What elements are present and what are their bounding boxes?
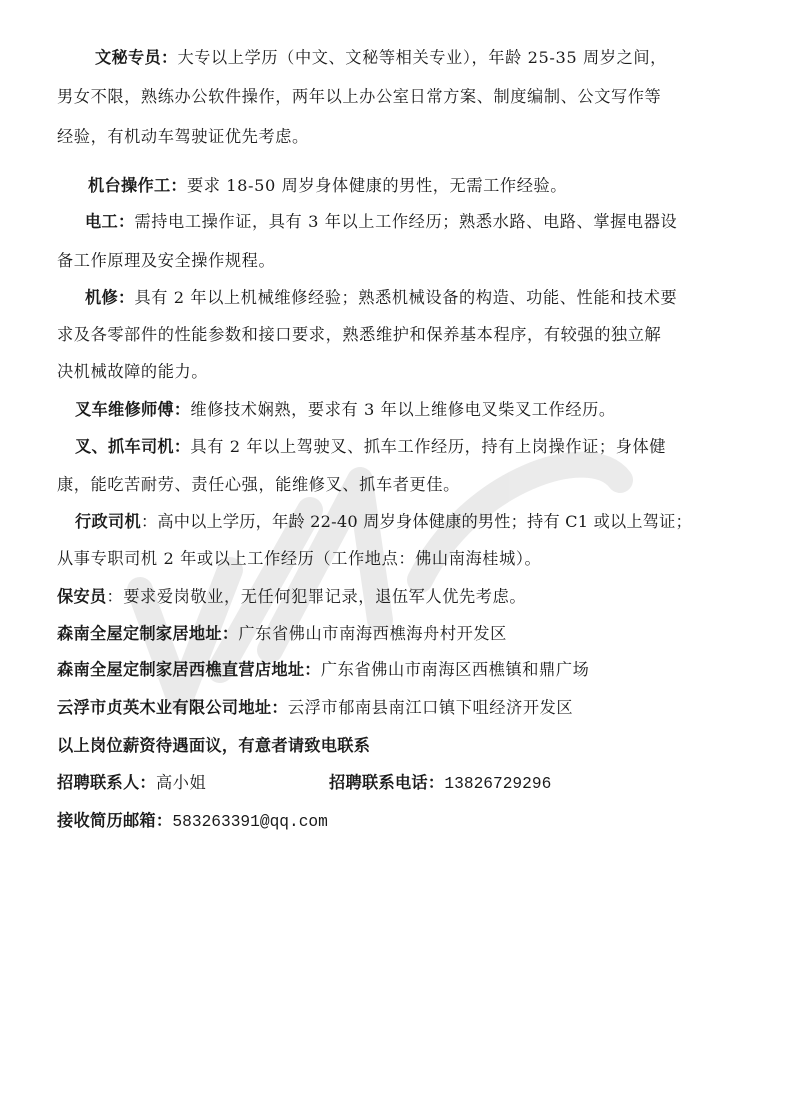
position-secretary: 文秘专员：大专以上学历（中文、文秘等相关专业），年龄 25-35 周岁之间， — [95, 47, 667, 69]
position-desc-line: 求及各零部件的性能参数和接口要求，熟悉维护和保养基本程序，有较强的独立解 — [57, 324, 661, 346]
position-title: 叉、抓车司机： — [75, 437, 190, 456]
contact-email: 接收简历邮箱：583263391@qq.com — [57, 810, 328, 833]
position-title: 机修： — [85, 288, 134, 307]
document-page: 文秘专员：大专以上学历（中文、文秘等相关专业），年龄 25-35 周岁之间， 男… — [0, 0, 790, 1118]
position-desc: 具有 2 年以上机械维修经验；熟悉机械设备的构造、功能、性能和技术要 — [134, 288, 677, 307]
position-title: 保安员 — [57, 587, 106, 606]
position-desc: 需持电工操作证，具有 3 年以上工作经历；熟悉水路、电路、掌握电器设 — [134, 212, 677, 231]
address-senan-factory: 森南全屋定制家居地址：广东省佛山市南海西樵海舟村开发区 — [57, 623, 507, 645]
contact-email-value: 583263391@qq.com — [172, 813, 327, 831]
address-value: 广东省佛山市南海区西樵镇和鼎广场 — [321, 660, 590, 679]
contact-phone-label: 招聘联系电话： — [329, 773, 444, 792]
address-value: 云浮市郁南县南江口镇下咀经济开发区 — [288, 698, 573, 717]
contact-person-label: 招聘联系人： — [57, 773, 156, 792]
position-machine-operator: 机台操作工：要求 18-50 周岁身体健康的男性，无需工作经验。 — [88, 175, 567, 197]
position-title: 行政司机 — [75, 512, 141, 531]
contact-phone-value: 13826729296 — [444, 775, 551, 793]
position-mechanic: 机修：具有 2 年以上机械维修经验；熟悉机械设备的构造、功能、性能和技术要 — [85, 287, 677, 309]
position-desc-line: 从事专职司机 2 年或以上工作经历（工作地点：佛山南海桂城）。 — [57, 548, 541, 570]
position-title: 机台操作工： — [88, 176, 187, 195]
address-label: 森南全屋定制家居西樵直营店地址： — [57, 660, 321, 679]
contact-person-value: 高小姐 — [156, 773, 206, 792]
contact-phone: 招聘联系电话：13826729296 — [329, 772, 551, 795]
contact-person: 招聘联系人：高小姐 — [57, 772, 206, 794]
position-desc: 要求 18-50 周岁身体健康的男性，无需工作经验。 — [187, 176, 567, 195]
address-value: 广东省佛山市南海西樵海舟村开发区 — [238, 624, 507, 643]
position-title: 电工： — [85, 212, 134, 231]
position-desc-line: 备工作原理及安全操作规程。 — [57, 250, 275, 272]
contact-email-label: 接收简历邮箱： — [57, 811, 172, 830]
position-desc-line: 康，能吃苦耐劳、责任心强，能维修叉、抓车者更佳。 — [57, 474, 460, 496]
position-admin-driver: 行政司机：高中以上学历，年龄 22-40 周岁身体健康的男性；持有 C1 或以上… — [75, 511, 692, 533]
position-desc: 大专以上学历（中文、文秘等相关专业），年龄 25-35 周岁之间， — [177, 48, 667, 67]
position-title: 叉车维修师傅： — [75, 400, 190, 419]
position-security: 保安员：要求爱岗敬业，无任何犯罪记录，退伍军人优先考虑。 — [57, 586, 526, 608]
salary-note: 以上岗位薪资待遇面议，有意者请致电联系 — [57, 735, 370, 757]
position-forklift-repair: 叉车维修师傅：维修技术娴熟，要求有 3 年以上维修电叉柴叉工作经历。 — [75, 399, 616, 421]
position-desc-line: 男女不限，熟练办公软件操作，两年以上办公室日常方案、制度编制、公文写作等 — [57, 86, 661, 108]
position-forklift-driver: 叉、抓车司机：具有 2 年以上驾驶叉、抓车工作经历，持有上岗操作证；身体健 — [75, 436, 666, 458]
position-desc: ：要求爱岗敬业，无任何犯罪记录，退伍军人优先考虑。 — [106, 587, 526, 606]
position-desc: 维修技术娴熟，要求有 3 年以上维修电叉柴叉工作经历。 — [190, 400, 615, 419]
address-yunfu: 云浮市贞英木业有限公司地址：云浮市郁南县南江口镇下咀经济开发区 — [57, 697, 573, 719]
position-desc: 具有 2 年以上驾驶叉、抓车工作经历，持有上岗操作证；身体健 — [190, 437, 666, 456]
address-label: 云浮市贞英木业有限公司地址： — [57, 698, 288, 717]
position-desc-line: 决机械故障的能力。 — [57, 361, 208, 383]
position-desc: ：高中以上学历，年龄 22-40 周岁身体健康的男性；持有 C1 或以上驾证； — [141, 512, 692, 531]
position-electrician: 电工：需持电工操作证，具有 3 年以上工作经历；熟悉水路、电路、掌握电器设 — [85, 211, 677, 233]
position-desc-line: 经验，有机动车驾驶证优先考虑。 — [57, 126, 309, 148]
address-senan-store: 森南全屋定制家居西樵直营店地址：广东省佛山市南海区西樵镇和鼎广场 — [57, 659, 589, 681]
address-label: 森南全屋定制家居地址： — [57, 624, 238, 643]
position-title: 文秘专员： — [95, 48, 177, 67]
